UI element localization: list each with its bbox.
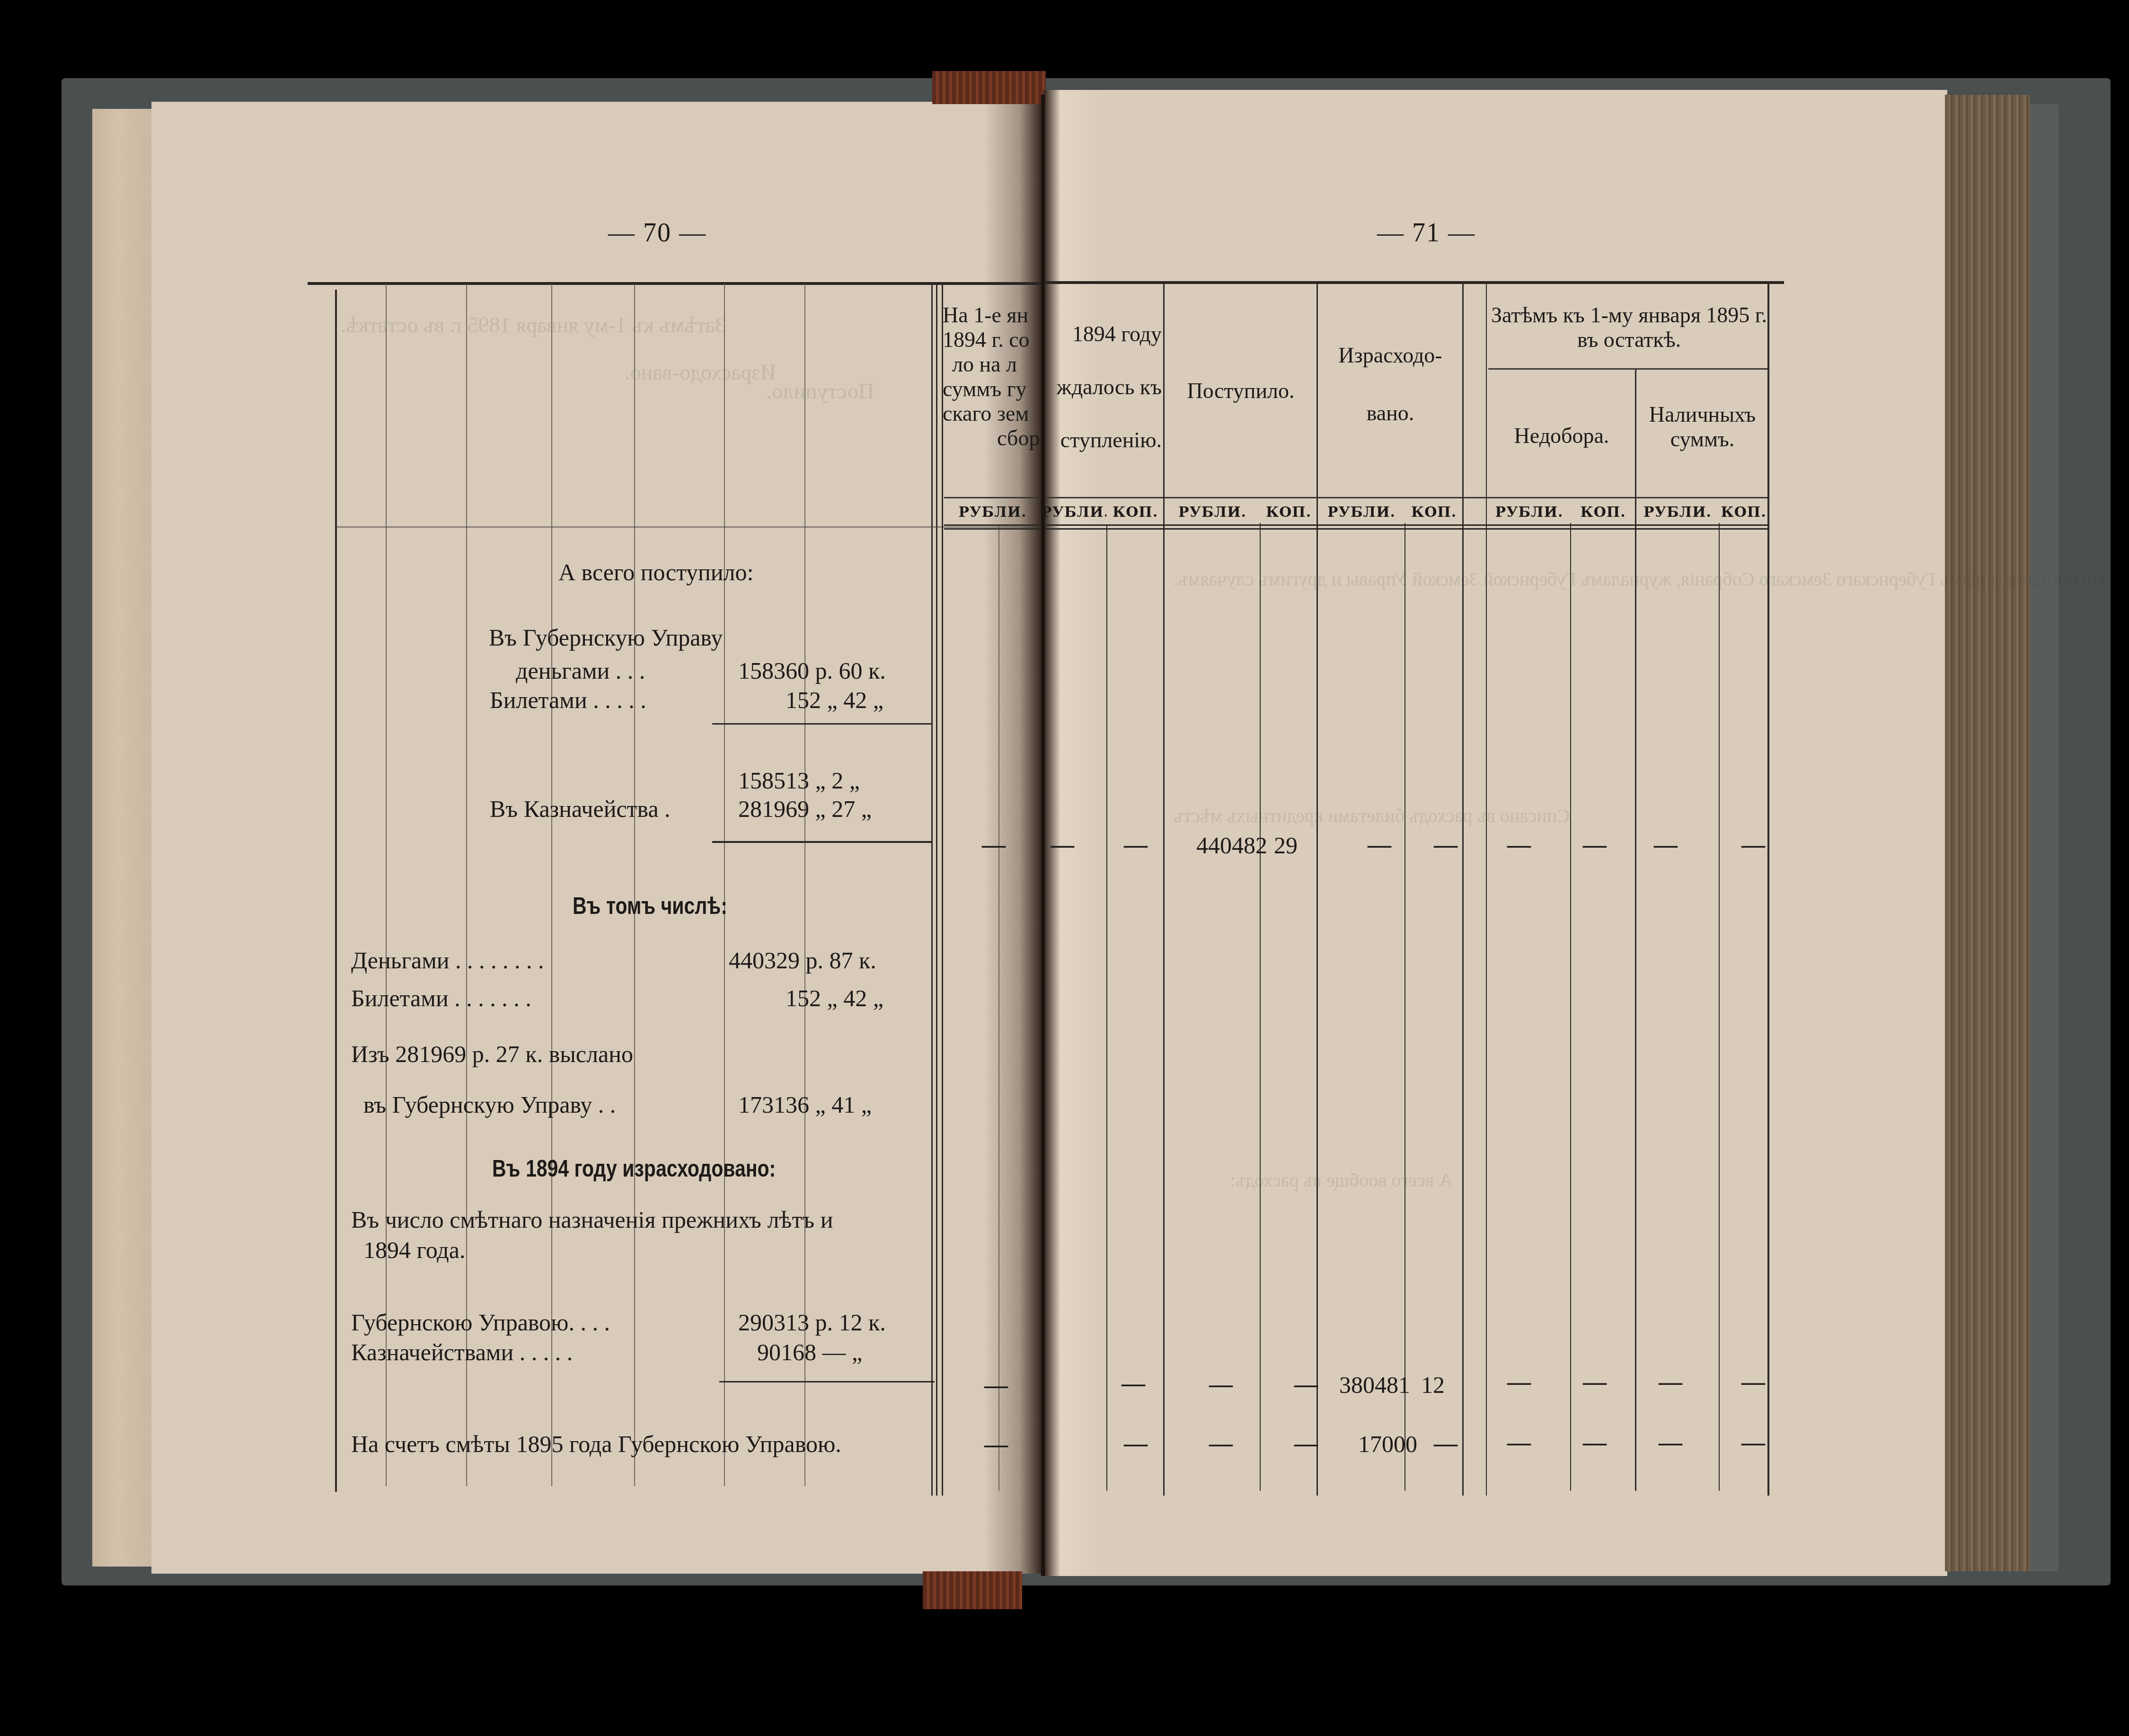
tickets-label: Билетами . . . . . [490, 686, 646, 714]
col-border [942, 284, 943, 1496]
unit-kop: КОП. [1405, 504, 1462, 521]
cell-dash: — [982, 831, 1006, 858]
col-header-cash: Наличныхъ суммъ. [1637, 402, 1767, 452]
cell-estimate-rubles: 17000 [1358, 1430, 1417, 1458]
treasury-value: 281969 „ 27 „ [738, 795, 872, 823]
cell-dash: — [1434, 831, 1458, 858]
unit-rubles: РУБЛИ. [1041, 504, 1106, 521]
cell-dash: — [1741, 1428, 1765, 1456]
unit-kop: КОП. [1571, 504, 1635, 521]
ghost-text: По постановленіямъ Губернскаго Земскаго … [1174, 568, 2105, 590]
col-border [1486, 284, 1487, 1496]
cell-dash: — [1122, 1369, 1145, 1397]
col-border [998, 525, 999, 1491]
unit-rubles: РУБЛИ. [944, 504, 1041, 521]
unit-kop: КОП. [1720, 504, 1767, 521]
unit-rubles: РУБЛИ. [1488, 504, 1570, 521]
cell-dash: — [1507, 1428, 1531, 1456]
remaining-subheader-rule [1488, 368, 1767, 370]
cell-dash: — [1368, 831, 1391, 858]
subtotal-rule [712, 723, 932, 725]
treasuries-value: 90168 — „ [757, 1338, 862, 1366]
col-header-expected-1894: 1894 году ждалось къ ступленію. [1046, 322, 1162, 452]
cell-received-rubles: 440482 [1196, 832, 1267, 859]
cell-dash: — [1741, 831, 1765, 858]
cell-dash: — [1294, 1370, 1318, 1398]
total-rule [712, 841, 932, 843]
col-header-received: Поступило. [1165, 379, 1316, 403]
left-header-bottom-rule [336, 526, 1046, 528]
headband-bottom [923, 1571, 1022, 1609]
incl-money-value: 440329 р. 87 к. [729, 947, 876, 974]
col-border [1316, 284, 1318, 1496]
table-top-rule-right [1046, 281, 1784, 284]
cell-dash: — [984, 1430, 1008, 1458]
col-border [1106, 525, 1107, 1491]
treasuries-label: Казначействами . . . . . [351, 1338, 573, 1366]
gub-uprava-value: 290313 р. 12 к. [738, 1309, 886, 1336]
total-received-title: А всего поступило: [558, 558, 753, 586]
cell-dash: — [1583, 1428, 1607, 1456]
page-number-right: — 71 — [1377, 218, 1475, 248]
estimate-1895-label: На счетъ смѣты 1895 года Губернскою Упра… [351, 1430, 841, 1458]
col-border [1260, 523, 1261, 1491]
col-border [1570, 523, 1571, 1491]
incl-money-label: Деньгами . . . . . . . . [351, 947, 544, 974]
spent-desc-line-2: 1894 года. [363, 1236, 465, 1264]
cell-spent-kop: 12 [1421, 1371, 1445, 1399]
left-ghost-col [804, 284, 805, 1486]
ghost-header: Поступило. [767, 379, 874, 404]
cell-dash: — [1434, 1429, 1458, 1457]
col-border [1719, 523, 1720, 1491]
cell-dash: — [1051, 831, 1074, 858]
sent-line-2-label: въ Губернскую Управу . . [363, 1091, 616, 1118]
sent-line-2-value: 173136 „ 41 „ [738, 1091, 872, 1118]
col-header-remaining: Затѣмъ къ 1-му января 1895 г. въ остаткѣ… [1491, 303, 1767, 352]
unit-rubles: РУБЛИ. [1636, 504, 1719, 521]
col-border [1635, 369, 1636, 1491]
col-header-shortfall: Недобора. [1488, 424, 1635, 448]
spent-total-rule [719, 1381, 935, 1382]
cell-dash: — [1583, 831, 1607, 858]
left-ghost-col [724, 284, 725, 1486]
units-row-top-rule [944, 497, 1767, 498]
money-label: деньгами . . . [516, 657, 645, 684]
left-text-col-border-1 [931, 284, 933, 1496]
cell-spent-rubles: 380481 [1339, 1371, 1410, 1399]
left-table-outer-border [335, 290, 337, 1492]
left-page-edges [92, 109, 154, 1567]
col-border [1405, 523, 1405, 1491]
left-ghost-col [466, 284, 467, 1486]
including-title: Въ томъ числѣ: [573, 892, 727, 920]
cell-dash: — [1209, 1370, 1233, 1398]
table-top-rule-left [308, 282, 1043, 285]
spent-title: Въ 1894 году израсходовано: [492, 1155, 776, 1182]
cell-dash: — [1209, 1429, 1233, 1457]
headband-top [932, 71, 1046, 104]
cell-dash: — [1659, 1428, 1682, 1456]
left-ghost-col [386, 284, 387, 1486]
left-text-col-border-2 [936, 284, 937, 1496]
subtotal-value: 158513 „ 2 „ [738, 767, 860, 794]
right-fore-edge [1945, 95, 2030, 1571]
incl-tickets-label: Билетами . . . . . . . [351, 984, 531, 1012]
cell-dash: — [1583, 1368, 1607, 1395]
cell-dash: — [1294, 1429, 1318, 1457]
cell-received-kop: 29 [1274, 832, 1298, 859]
cell-dash: — [1124, 1429, 1148, 1457]
gub-uprava-label: Губернскою Управою. . . . [351, 1309, 610, 1336]
right-cover-edge [2030, 104, 2058, 1571]
unit-kop: КОП. [1107, 504, 1163, 521]
cell-dash: — [1124, 831, 1148, 858]
col-border [1462, 284, 1464, 1496]
unit-rubles: РУБЛИ. [1318, 504, 1405, 521]
ghost-text: Списано въ расходъ билетами кредитныхъ м… [1174, 805, 1570, 827]
gutter-line [1041, 95, 1045, 1576]
cell-dash: — [1741, 1368, 1765, 1395]
cell-dash: — [1659, 1368, 1682, 1395]
ghost-header: Затѣмъ къ 1-му января 1895 г. въ остаткѣ… [341, 312, 726, 337]
money-value: 158360 р. 60 к. [738, 657, 886, 684]
header-bottom-double-rule-1 [944, 524, 1767, 526]
ghost-text: А всего вообще въ расходъ: [1230, 1169, 1453, 1191]
left-ghost-col [551, 284, 552, 1486]
left-ghost-col [634, 284, 635, 1486]
header-bottom-double-rule-2 [944, 528, 1767, 530]
col-header-spent: Израсходо-вано. [1318, 343, 1462, 425]
spent-desc-line-1: Въ число смѣтнаго назначенія прежнихъ лѣ… [351, 1206, 833, 1233]
treasury-label: Въ Казначейства . [490, 795, 671, 823]
to-gub-uprava-label: Въ Губернскую Управу [489, 624, 723, 651]
col-border [1163, 284, 1165, 1496]
col-header-on-jan1-1894: На 1-е ян 1894 г. со ло на л суммъ гу ск… [943, 303, 1040, 451]
cell-dash: — [1507, 831, 1531, 858]
tickets-value: 152 „ 42 „ [786, 686, 883, 714]
unit-rubles: РУБЛИ. [1165, 504, 1260, 521]
unit-kop: КОП. [1261, 504, 1316, 521]
cell-dash: — [1507, 1368, 1531, 1395]
sent-line-1: Изъ 281969 р. 27 к. выслано [351, 1040, 633, 1068]
cell-dash: — [984, 1371, 1008, 1399]
ghost-header: Израсходо-вано. [625, 360, 776, 385]
cell-dash: — [1654, 831, 1678, 858]
col-border [1767, 284, 1769, 1496]
incl-tickets-value: 152 „ 42 „ [786, 984, 883, 1012]
page-number-left: — 70 — [608, 218, 707, 248]
